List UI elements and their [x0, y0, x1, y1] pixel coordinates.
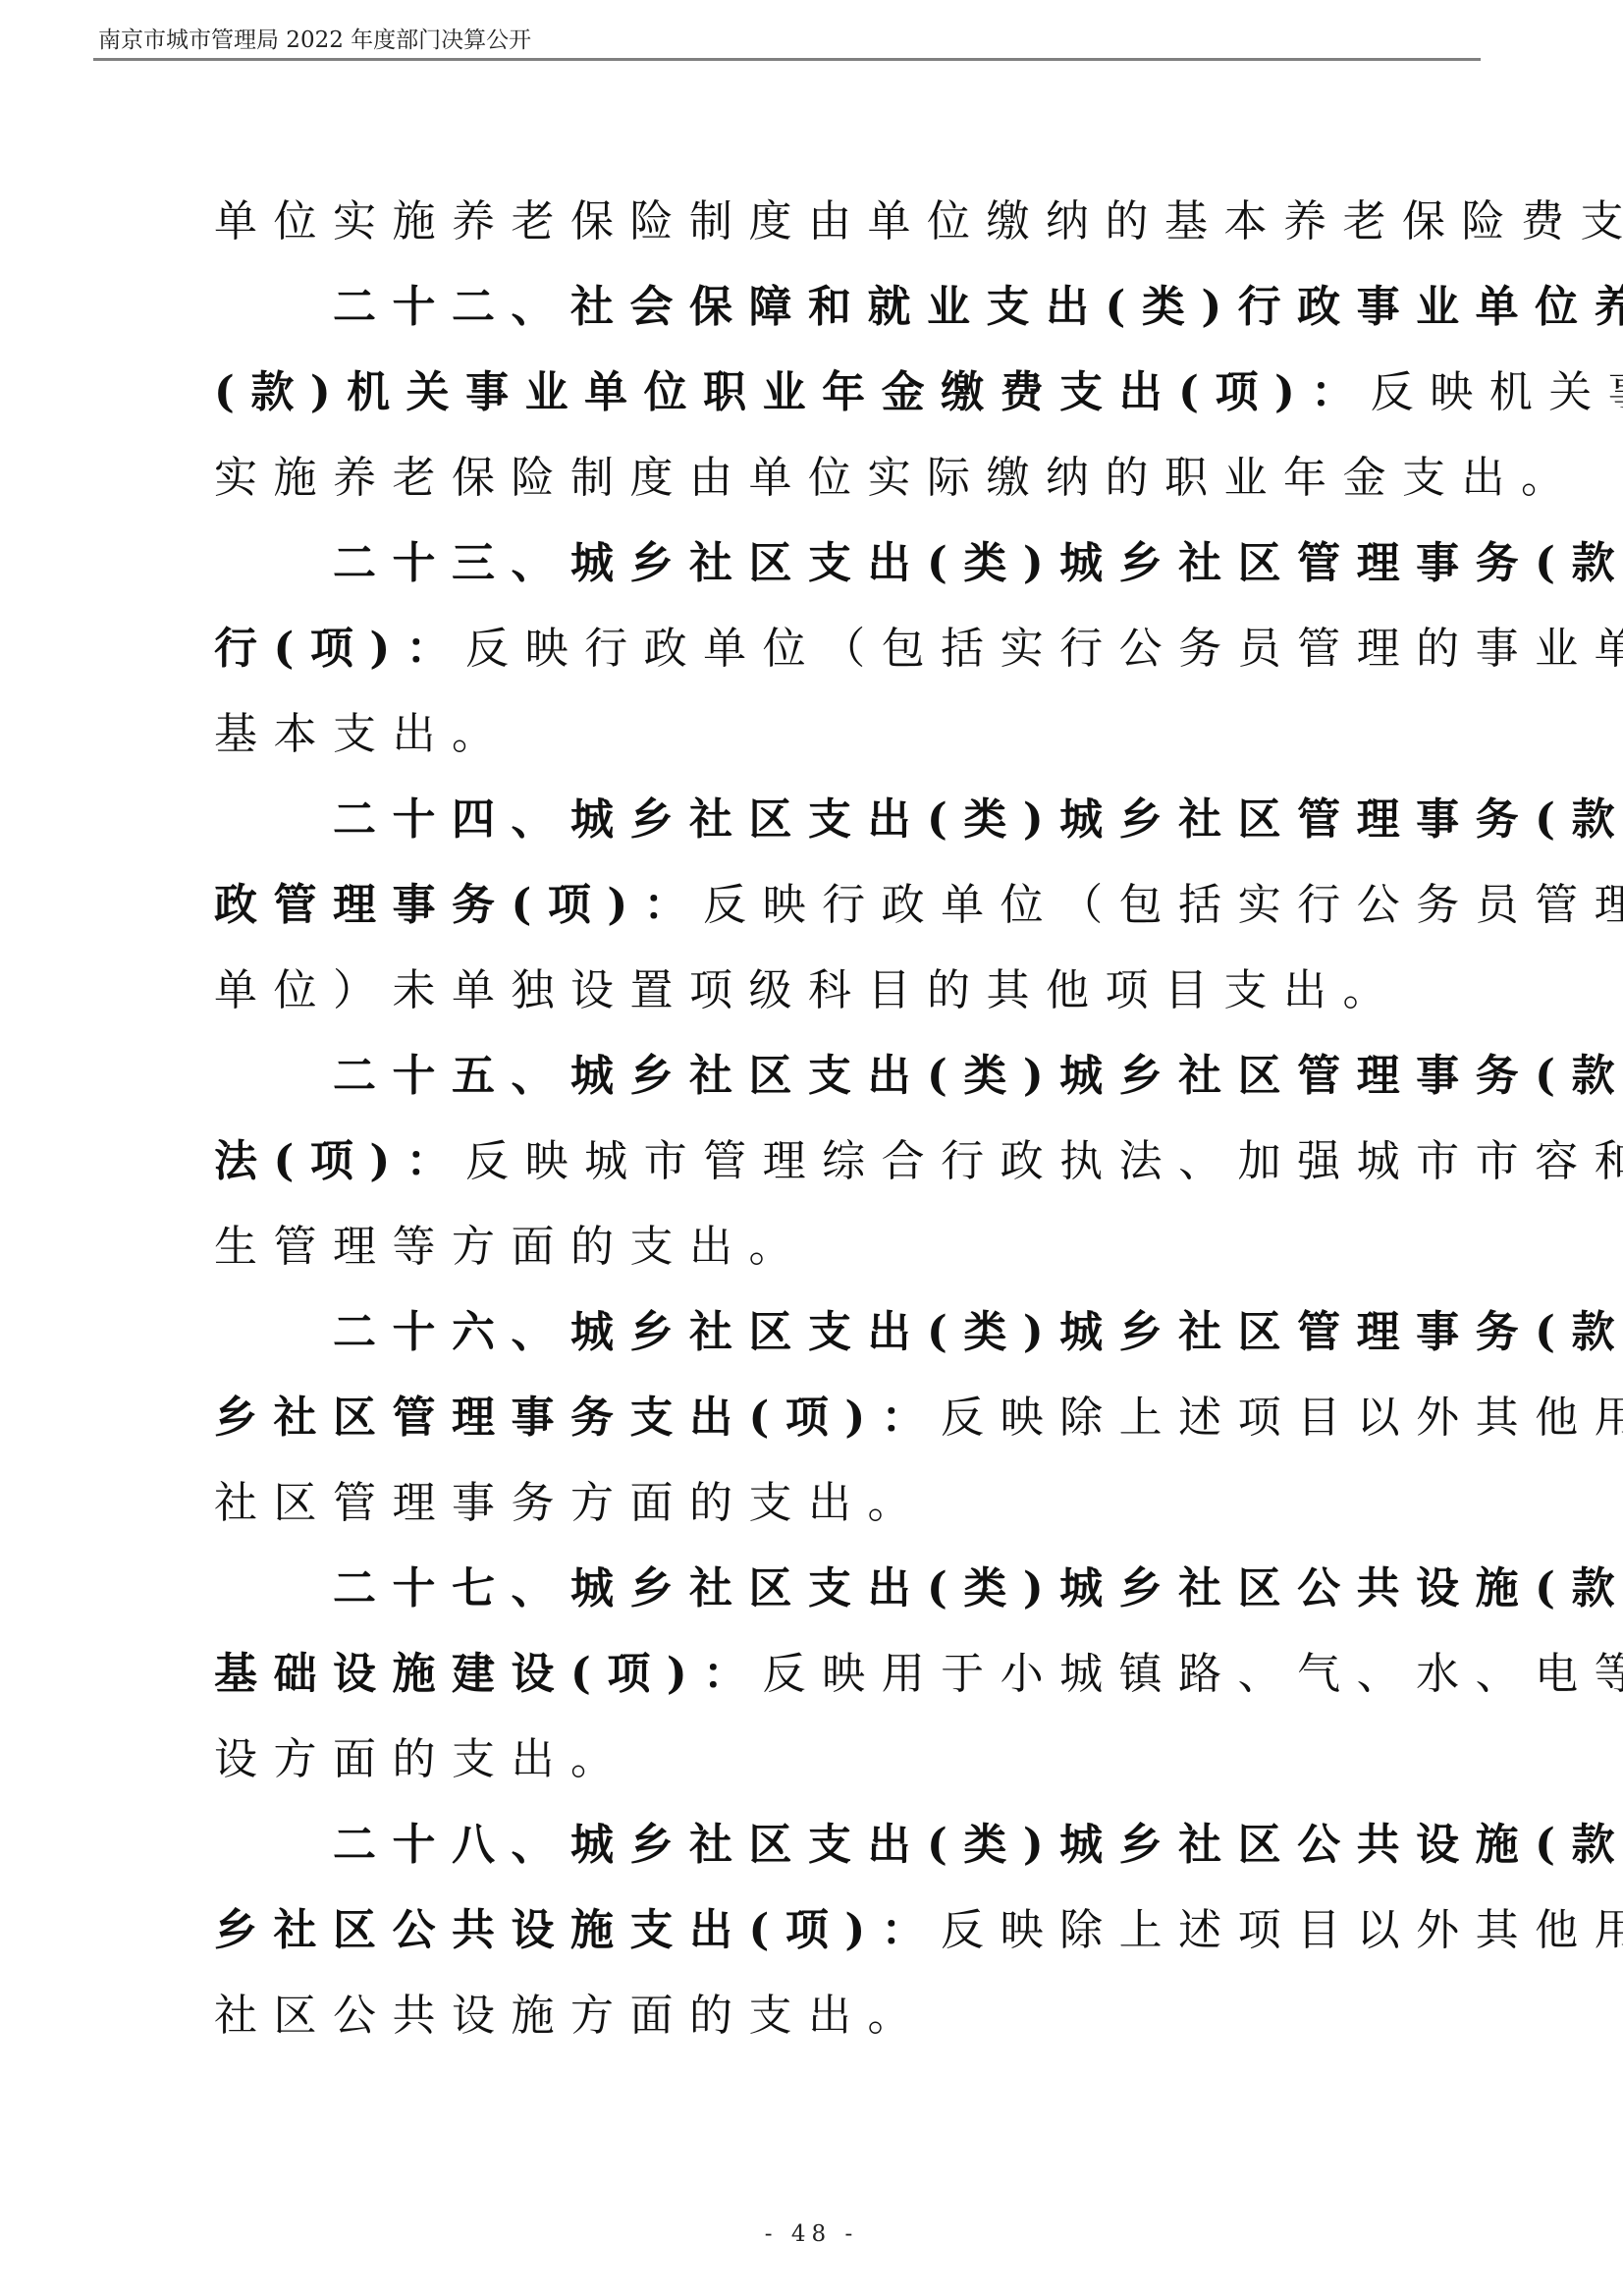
- normal-run: 单位）未单独设置项级科目的其他项目支出。: [214, 965, 1402, 1015]
- normal-run: 社区公共设施方面的支出。: [214, 1991, 927, 2041]
- normal-run: 实施养老保险制度由单位实际缴纳的职业年金支出。: [214, 453, 1581, 503]
- text-line: 乡社区管理事务支出(项)：反映除上述项目以外其他用于城乡: [214, 1389, 1623, 1448]
- bold-run: 基础设施建设(项)：: [214, 1649, 763, 1699]
- bold-run: 二十四、城乡社区支出(类)城乡社区管理事务(款)一般行: [214, 794, 1623, 845]
- normal-run: 反映行政单位（包括实行公务员管理的事业: [703, 880, 1623, 930]
- page-number: - 48 -: [0, 2221, 1623, 2247]
- paragraph-heading-line: 二十三、城乡社区支出(类)城乡社区管理事务(款)行政运: [214, 534, 1623, 593]
- bold-run: 二十八、城乡社区支出(类)城乡社区公共设施(款)其他城: [214, 1820, 1623, 1870]
- header-divider: [93, 58, 1481, 61]
- paragraph-heading-line: 二十八、城乡社区支出(类)城乡社区公共设施(款)其他城: [214, 1816, 1623, 1875]
- paragraph-heading-line: 二十七、城乡社区支出(类)城乡社区公共设施(款)小城镇: [214, 1559, 1623, 1618]
- paragraph-heading-line: 二十二、社会保障和就业支出(类)行政事业单位养老支出: [214, 278, 1623, 337]
- normal-run: 社区管理事务方面的支出。: [214, 1478, 927, 1528]
- text-line: 乡社区公共设施支出(项)：反映除上述项目以外其他用于城乡: [214, 1901, 1623, 1960]
- normal-run: 生管理等方面的支出。: [214, 1222, 808, 1272]
- bold-run: 二十六、城乡社区支出(类)城乡社区管理事务(款)其他城: [214, 1307, 1623, 1357]
- text-line: 基础设施建设(项)：反映用于小城镇路、气、水、电等基础建: [214, 1645, 1623, 1704]
- bold-run: 政管理事务(项)：: [214, 880, 703, 930]
- normal-run: 反映机关事业单位: [1371, 367, 1623, 417]
- text-line: 社区管理事务方面的支出。: [214, 1474, 927, 1533]
- paragraph-heading-line: 二十四、城乡社区支出(类)城乡社区管理事务(款)一般行: [214, 791, 1623, 849]
- normal-run: 设方面的支出。: [214, 1734, 630, 1784]
- text-line: 实施养老保险制度由单位实际缴纳的职业年金支出。: [214, 449, 1581, 508]
- text-line: 基本支出。: [214, 705, 512, 764]
- document-header-title: 南京市城市管理局 2022 年度部门决算公开: [98, 22, 531, 54]
- bold-run: 二十二、社会保障和就业支出(类)行政事业单位养老支出: [214, 282, 1623, 332]
- bold-run: 法(项)：: [214, 1136, 465, 1186]
- bold-run: 二十三、城乡社区支出(类)城乡社区管理事务(款)行政运: [214, 538, 1623, 588]
- paragraph-heading-line: 二十五、城乡社区支出(类)城乡社区管理事务(款)城管执: [214, 1047, 1623, 1106]
- normal-run: 反映行政单位（包括实行公务员管理的事业单位）的: [465, 624, 1623, 674]
- bold-run: 乡社区管理事务支出(项)：: [214, 1393, 941, 1443]
- text-line: 单位实施养老保险制度由单位缴纳的基本养老保险费支出。: [214, 192, 1623, 251]
- bold-run: 二十五、城乡社区支出(类)城乡社区管理事务(款)城管执: [214, 1051, 1623, 1101]
- text-line: (款)机关事业单位职业年金缴费支出(项)：反映机关事业单位: [214, 363, 1623, 422]
- bold-run: (款)机关事业单位职业年金缴费支出(项)：: [214, 367, 1371, 417]
- text-line: 社区公共设施方面的支出。: [214, 1987, 927, 2046]
- normal-run: 反映用于小城镇路、气、水、电等基础建: [763, 1649, 1623, 1699]
- bold-run: 行(项)：: [214, 624, 465, 674]
- normal-run: 单位实施养老保险制度由单位缴纳的基本养老保险费支出。: [214, 196, 1623, 246]
- text-line: 生管理等方面的支出。: [214, 1218, 808, 1277]
- normal-run: 反映除上述项目以外其他用于城乡: [941, 1905, 1623, 1955]
- normal-run: 反映除上述项目以外其他用于城乡: [941, 1393, 1623, 1443]
- paragraph-heading-line: 二十六、城乡社区支出(类)城乡社区管理事务(款)其他城: [214, 1303, 1623, 1362]
- text-line: 设方面的支出。: [214, 1730, 630, 1789]
- normal-run: 基本支出。: [214, 709, 512, 759]
- text-line: 单位）未单独设置项级科目的其他项目支出。: [214, 961, 1402, 1020]
- text-line: 政管理事务(项)：反映行政单位（包括实行公务员管理的事业: [214, 876, 1623, 935]
- text-line: 行(项)：反映行政单位（包括实行公务员管理的事业单位）的: [214, 620, 1623, 679]
- bold-run: 二十七、城乡社区支出(类)城乡社区公共设施(款)小城镇: [214, 1563, 1623, 1613]
- text-line: 法(项)：反映城市管理综合行政执法、加强城市市容和环境卫: [214, 1132, 1623, 1191]
- bold-run: 乡社区公共设施支出(项)：: [214, 1905, 941, 1955]
- normal-run: 反映城市管理综合行政执法、加强城市市容和环境卫: [465, 1136, 1623, 1186]
